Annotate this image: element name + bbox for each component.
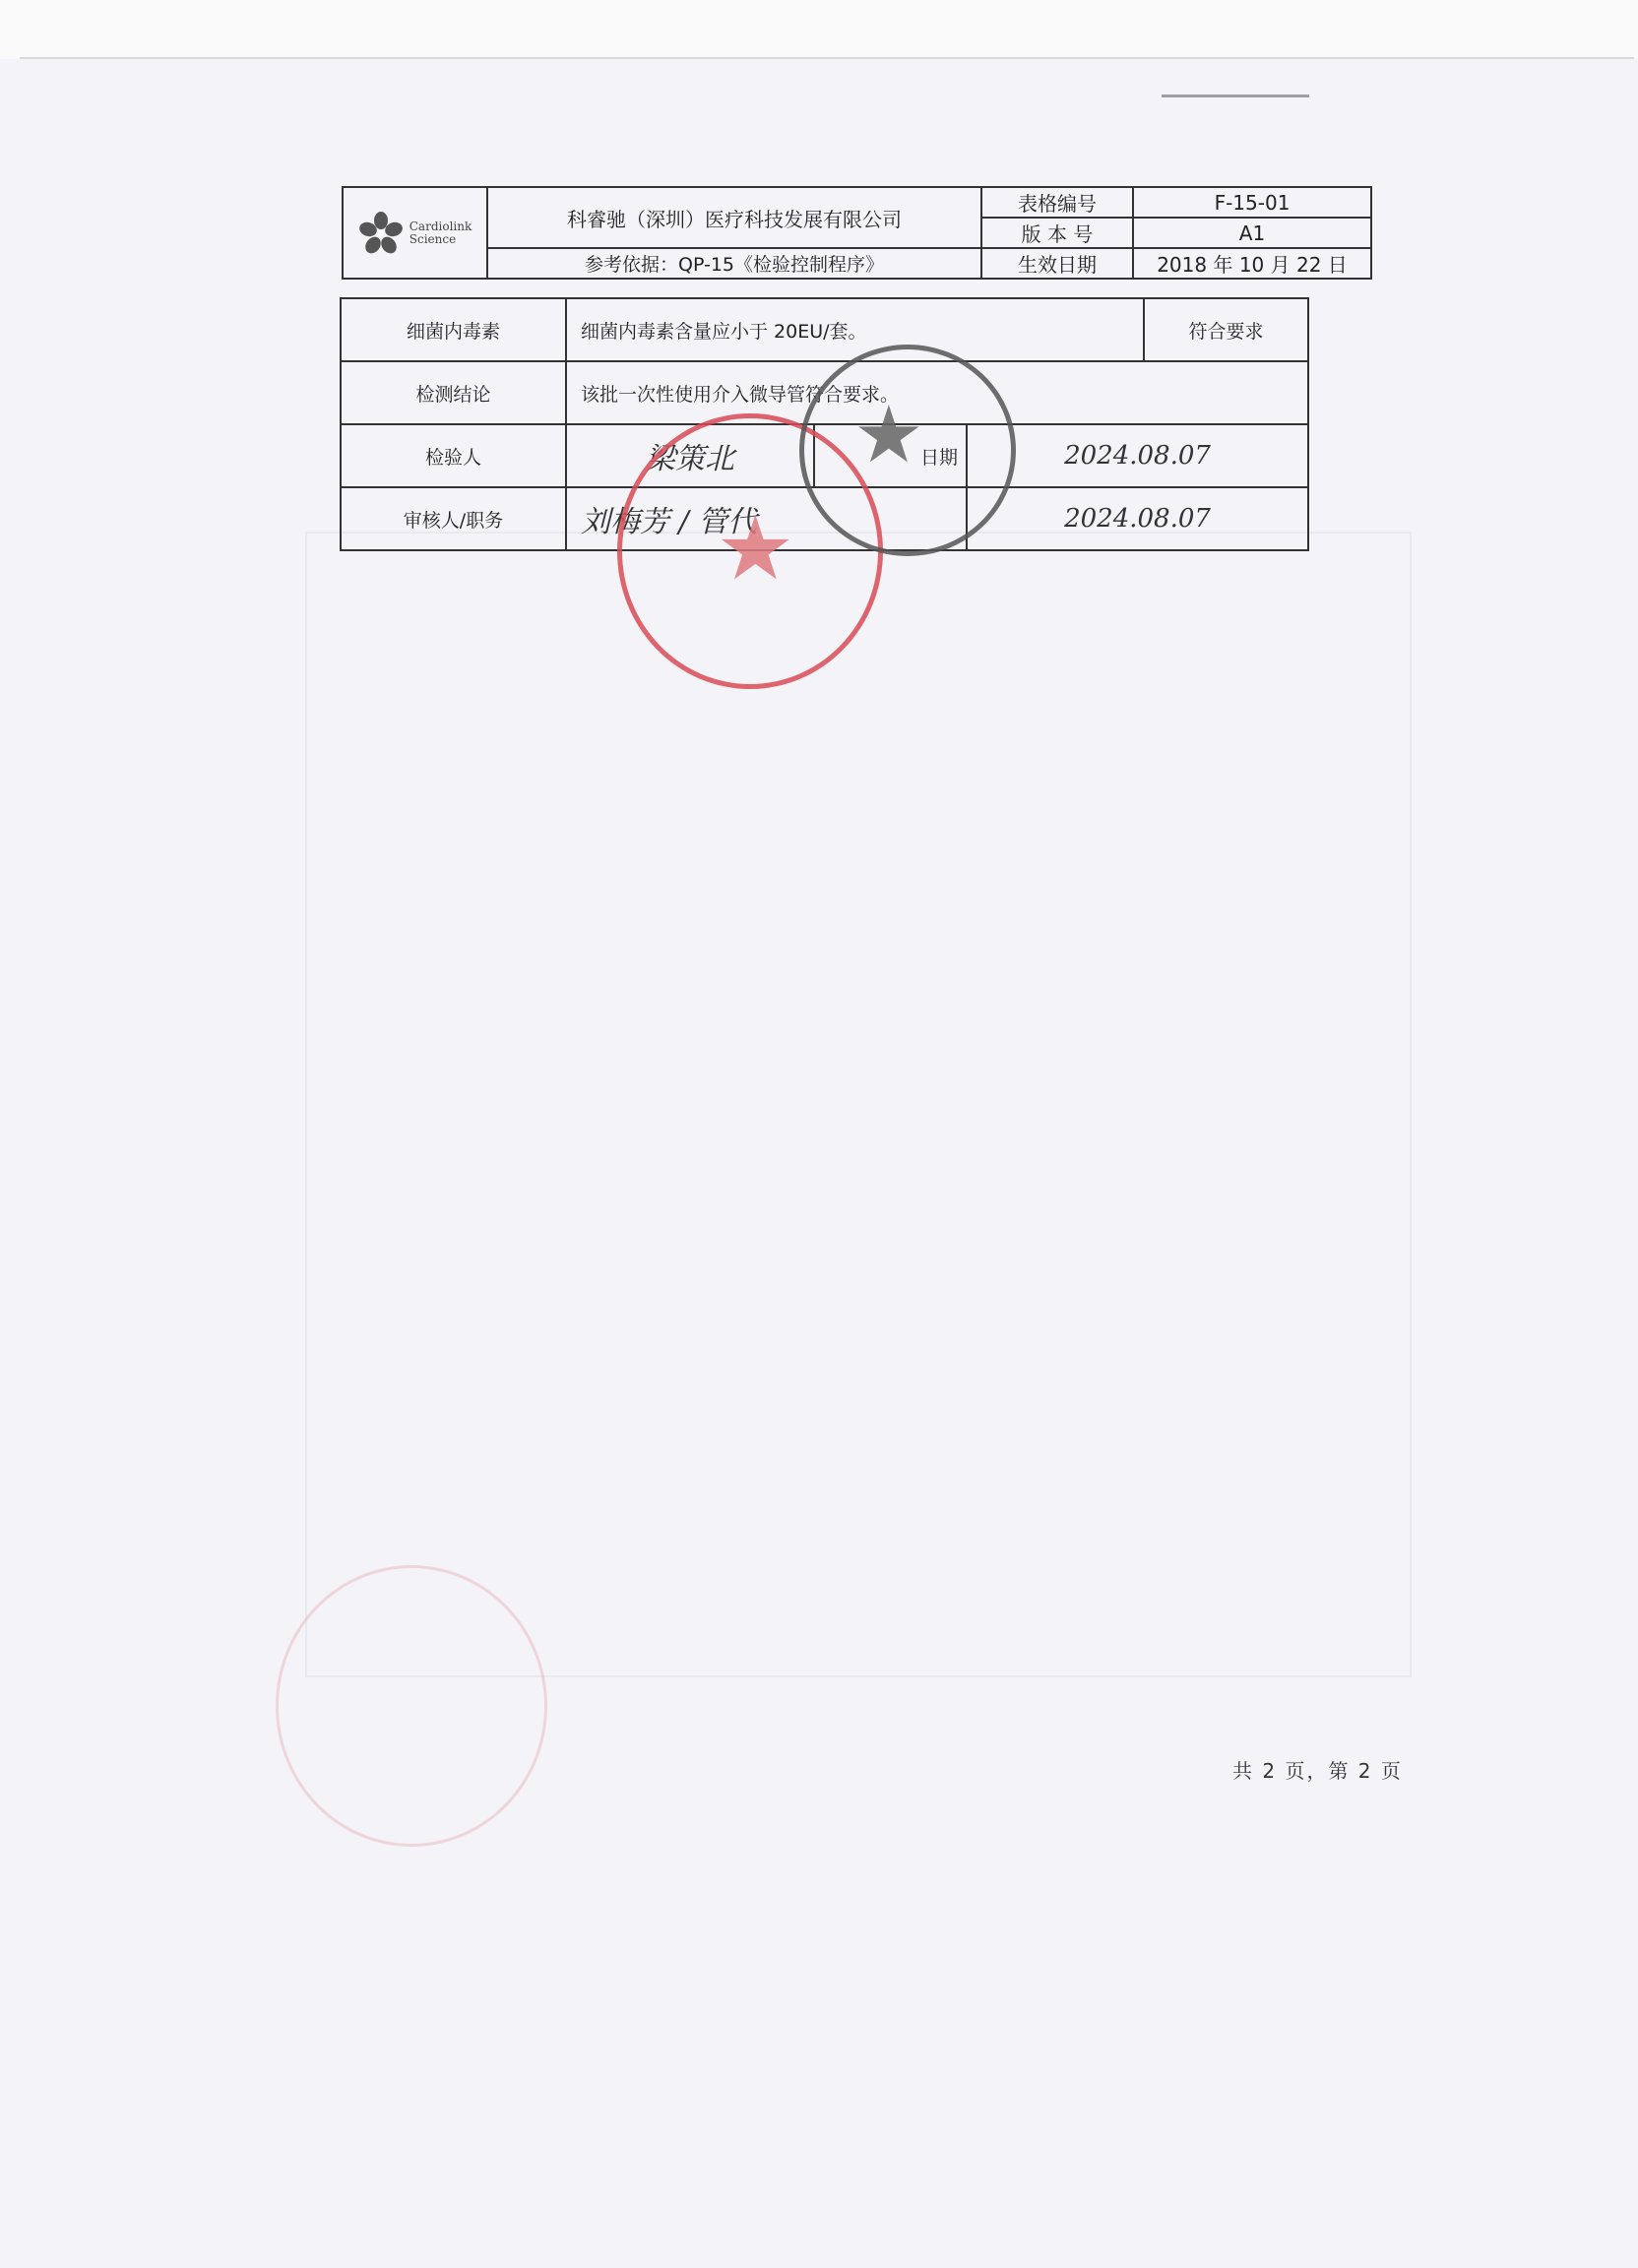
page-number: 共 2 页，第 2 页 [1232, 1755, 1403, 1784]
company-name: 科睿驰（深圳）医疗科技发展有限公司 [487, 187, 981, 248]
star-icon: ★ [716, 497, 795, 600]
logo-cell: Cardiolink Science [343, 187, 487, 279]
inspector-date: 2024.08.07 [967, 424, 1308, 487]
conclusion-label: 检测结论 [341, 361, 566, 424]
test-result: 符合要求 [1144, 298, 1308, 361]
inspector-label: 检验人 [341, 424, 566, 487]
star-icon: ★ [853, 389, 924, 480]
form-number-label: 表格编号 [981, 187, 1133, 218]
document-header-table: Cardiolink Science 科睿驰（深圳）医疗科技发展有限公司 表格编… [342, 186, 1372, 280]
bleed-through-stamp [276, 1565, 547, 1847]
test-item-label: 细菌内毒素 [341, 298, 566, 361]
handwritten-date: 2024.08.07 [1064, 504, 1211, 534]
quality-inspection-stamp: ★ [799, 345, 1016, 556]
effective-date-value: 2018 年 10 月 22 日 [1133, 248, 1371, 279]
effective-date-label: 生效日期 [981, 248, 1133, 279]
table-row: 细菌内毒素 细菌内毒素含量应小于 20EU/套。 符合要求 [341, 298, 1308, 361]
version-label: 版 本 号 [981, 218, 1133, 248]
reviewer-date: 2024.08.07 [967, 487, 1308, 550]
company-logo: Cardiolink Science [344, 211, 486, 256]
logo-text-line2: Science [409, 233, 472, 246]
scan-top-edge [0, 0, 1638, 59]
bleed-through-table [305, 532, 1412, 1677]
scan-artifact [1162, 94, 1309, 97]
scan-edge-line [20, 57, 1634, 59]
logo-text-line1: Cardiolink [409, 220, 472, 233]
handwritten-date: 2024.08.07 [1064, 441, 1211, 471]
flower-logo-icon [358, 211, 404, 256]
version-value: A1 [1133, 218, 1371, 248]
form-number-value: F-15-01 [1133, 187, 1371, 218]
reviewer-label: 审核人/职务 [341, 487, 566, 550]
reference-procedure: 参考依据：QP-15《检验控制程序》 [487, 248, 981, 279]
test-requirement: 细菌内毒素含量应小于 20EU/套。 [566, 298, 1144, 361]
